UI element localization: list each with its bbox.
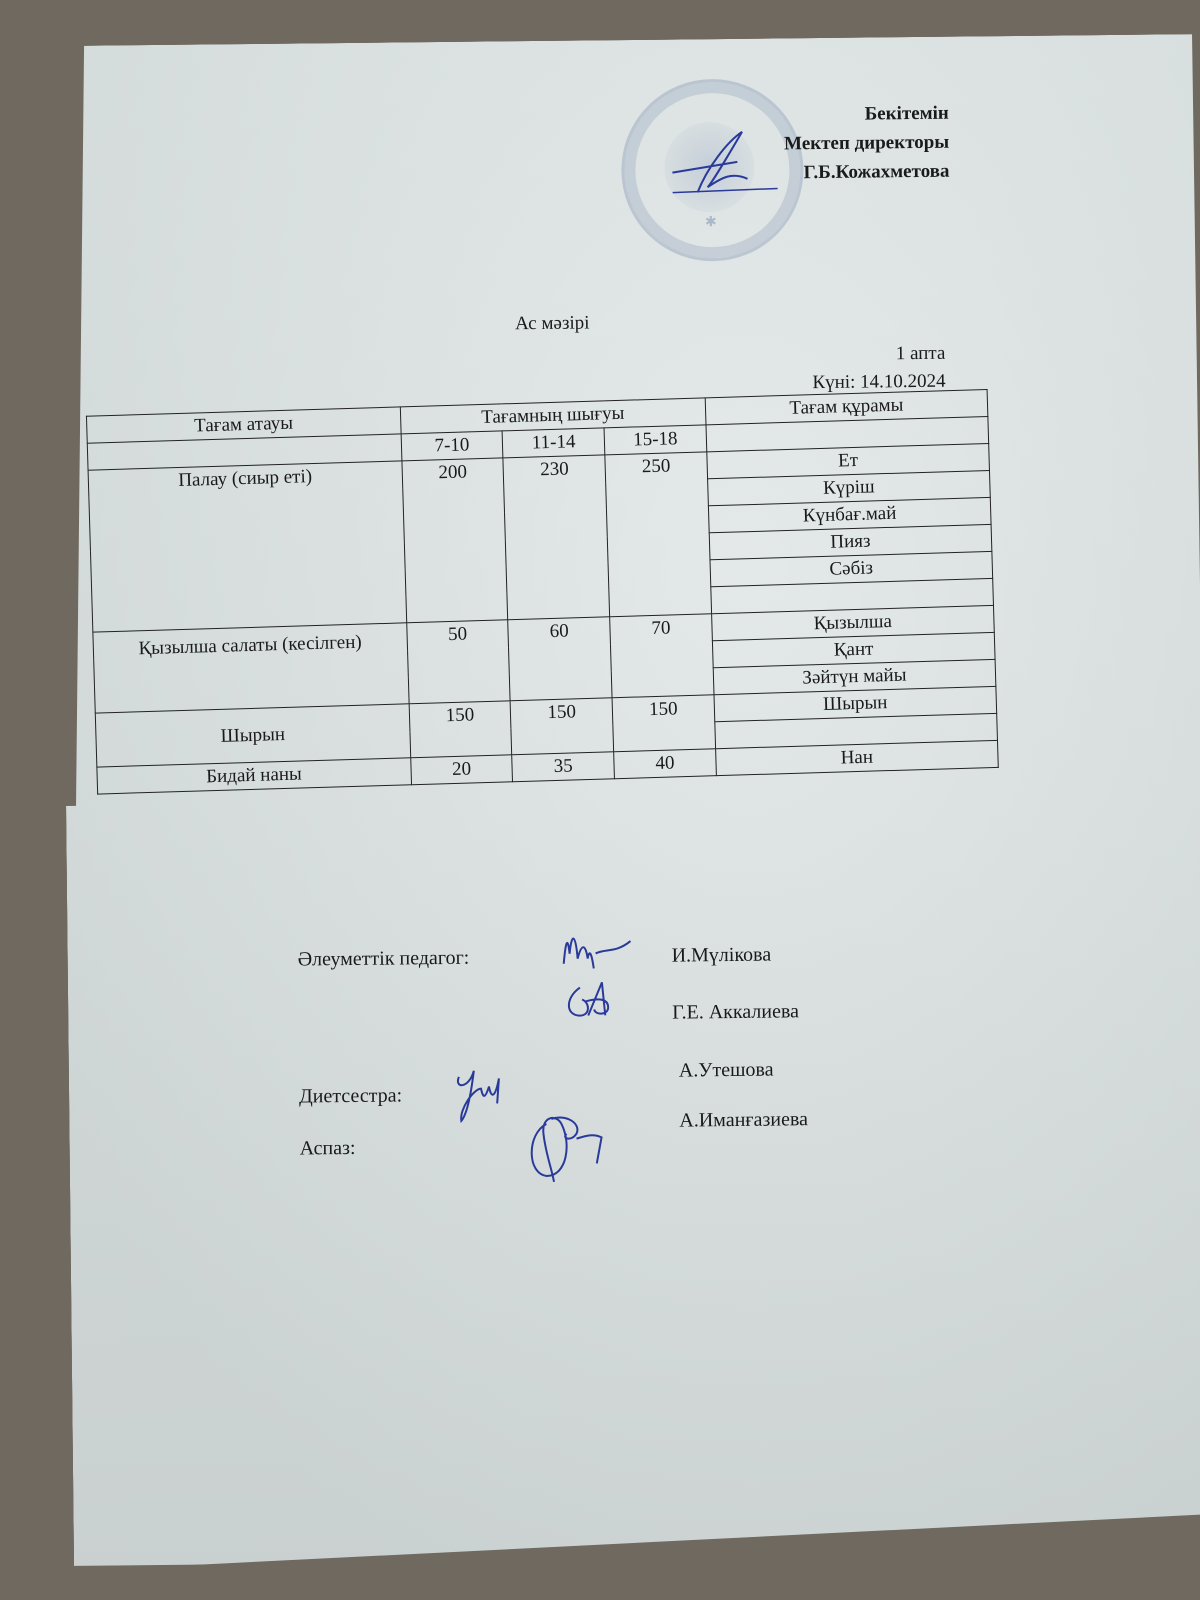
signer-role: Әлеуметтік педагог: — [298, 947, 470, 972]
header-age-7-10: 7-10 — [401, 431, 503, 461]
portion: 150 — [510, 698, 613, 755]
signer-role: Диетсестра: — [299, 1084, 402, 1108]
signature-uteshova-icon — [449, 1058, 520, 1129]
approval-block: Бекітемін Мектеп директоры Г.Б.Кожахмето… — [784, 99, 950, 188]
header-age-15-18: 15-18 — [604, 425, 706, 455]
signer-name: И.Мүлікова — [672, 944, 772, 968]
director-signature-icon — [667, 126, 788, 197]
dish-name: Шырын — [95, 704, 410, 767]
approval-person: Г.Б.Кожахметова — [784, 157, 949, 188]
portion: 20 — [410, 755, 512, 785]
portion: 70 — [610, 614, 714, 698]
signer-name: Г.Е. Аккалиева — [672, 1000, 799, 1024]
portion: 250 — [605, 452, 711, 617]
stamp-star-icon: ✱ — [705, 214, 717, 231]
portion: 150 — [612, 695, 715, 752]
portion: 50 — [406, 620, 510, 704]
signature-mulikova-icon — [555, 923, 636, 974]
dish-name: Қызылша салаты (кесілген) — [93, 623, 409, 713]
approval-title: Бекітемін — [784, 99, 949, 130]
portion: 200 — [402, 458, 508, 623]
paper-sheet: ✱ Бекітемін Мектеп директоры Г.Б.Кожахме… — [58, 34, 1200, 1566]
approval-position: Мектеп директоры — [784, 128, 949, 159]
page-title: Ас мәзірі — [515, 312, 590, 335]
signer-name: А.Иманғазиева — [679, 1108, 808, 1132]
header-age-11-14: 11-14 — [502, 428, 604, 458]
portion: 60 — [508, 617, 612, 701]
signature-akkalieva-icon — [560, 977, 620, 1023]
menu-table: Тағам атауы Тағамның шығуы Тағам құрамы … — [86, 389, 999, 795]
portion: 230 — [503, 455, 609, 620]
portion: 35 — [512, 752, 614, 782]
dish-name: Палау (сиыр еті) — [88, 461, 406, 632]
week-label: 1 апта — [896, 343, 946, 366]
signature-imangazieva-icon — [521, 1103, 612, 1184]
portion: 40 — [614, 749, 716, 779]
portion: 150 — [409, 701, 512, 758]
signer-role: Аспаз: — [300, 1137, 356, 1161]
signer-name: А.Утешова — [679, 1059, 774, 1083]
